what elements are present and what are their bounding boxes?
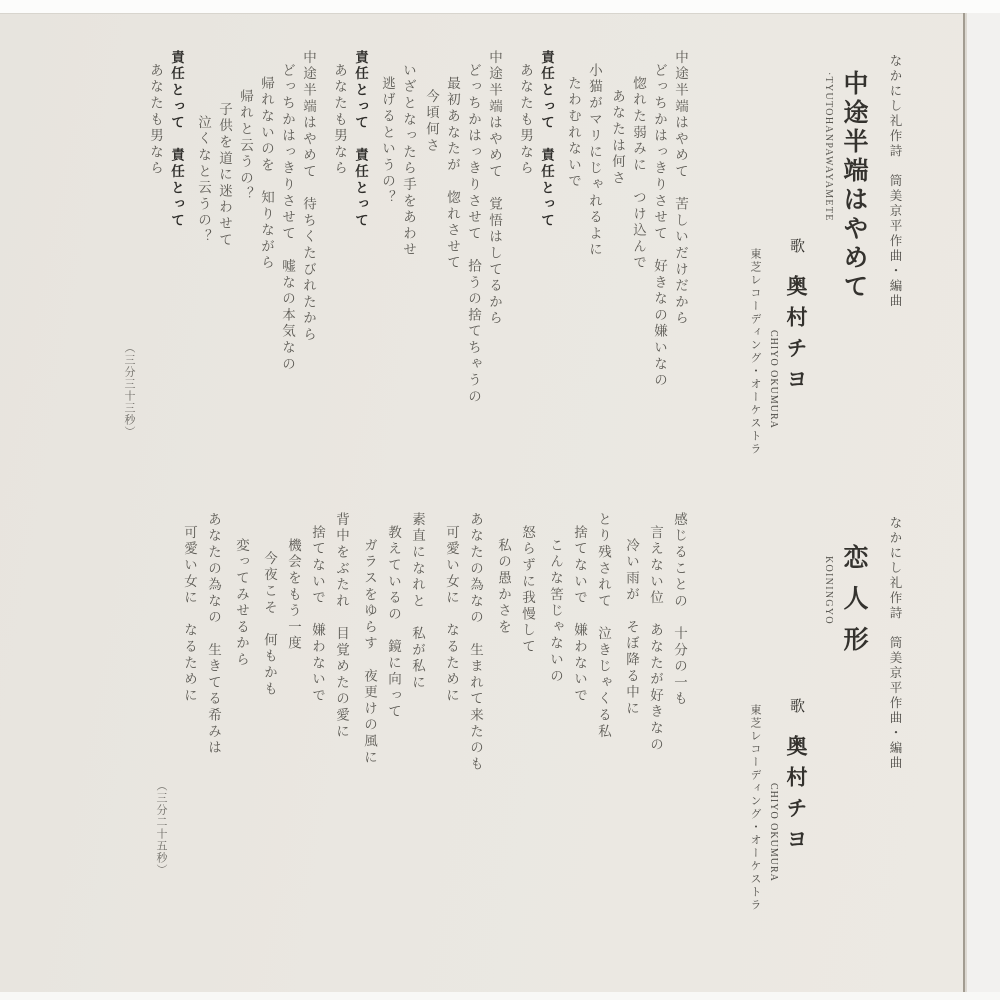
duration-note: （三分二十五秒） [153,780,169,977]
lyric-line: 逃げるというの？ [377,76,398,500]
lyric-line: こんな筈じゃないの [543,538,567,977]
song-title-romaji: ·TYUTOHANPAWAYAMETE [821,72,835,500]
song-section-1: なかにし礼作詩 筒美京平作曲・編曲 中途半端はやめて ·TYUTOHANPAWA… [121,50,903,500]
lyric-line: 素直になれと 私が私に [405,512,429,977]
lyric-line: 責任とって 責任とって [536,50,557,500]
singer-credit-group: 歌奥村チヨ CHIYO OKUMURA 東芝レコーディング・オーケストラ [747,50,811,500]
lyric-line: 今夜こそ 何もかも [257,551,281,977]
lyric-line: あなたの為なの 生きてる希みは [201,512,225,977]
lyric-line: 中途半端はやめて 待ちくたびれたから [298,50,319,500]
lyric-line: あなたも男なら [515,63,536,500]
lyric-line: あなたの為なの 生まれて来たのも [463,512,487,977]
lyric-line: 冷い雨が そぼ降る中に [619,538,643,977]
lyric-line: 機会をもう一度 [281,538,305,977]
lyric-line: あなたも男なら [145,63,166,500]
lyric-line: いざとなったら手をあわせ [398,63,419,500]
lyric-line: あなたは何さ [607,89,628,500]
lyric-line: 責任とって 責任とって [166,50,187,500]
lyric-sheet-page: なかにし礼作詩 筒美京平作曲・編曲 中途半端はやめて ·TYUTOHANPAWA… [0,0,1000,1000]
lyric-line: 捨てないで 嫌わないで [567,525,591,977]
lyric-line: 泣くなと云うの？ [193,115,214,500]
title-group: 中途半端はやめて ·TYUTOHANPAWAYAMETE [821,50,871,500]
singer-label: 歌 [788,238,804,259]
lyric-line: ガラスをゆらす 夜更けの風に [357,538,381,977]
lyric-line: 中途半端はやめて 苦しいだけだから [670,50,691,500]
lyrics: 感じることの 十分の一も言えない位 あなたが好きなの冷い雨が そぼ降る中にとり残… [177,512,691,977]
scan-bottom-margin [0,992,1000,1000]
lyric-line: どっちかはっきりさせて 嘘なの本気なの [277,63,298,500]
song-title-romaji: KOININGYO [821,556,835,977]
lyric-line: 背中をぶたれ 目覚めたの愛に [329,512,353,977]
lyric-line: 捨てないで 嫌わないで [305,525,329,977]
lyric-line: 可愛い女に なるために [439,525,463,977]
singer-label: 歌 [788,698,804,719]
singer-name: 奥村チヨ [784,275,808,399]
lyric-line: 帰れないのを 知りながら [256,76,277,500]
lyric-line: あなたも男なら [329,63,350,500]
lyric-line: どっちかはっきりさせて 拾うの捨てちゃうの [463,63,484,500]
orchestra-credit: 東芝レコーディング・オーケストラ [747,248,763,500]
lyric-line: 言えない位 あなたが好きなの [643,525,667,977]
lyric-line: 小猫がマリにじゃれるよに [584,63,605,500]
lyric-line: 変ってみせるから [229,538,253,977]
lyric-line: 最初あなたが 惚れさせて [442,76,463,500]
lyric-line: 帰れと云うの？ [235,89,256,500]
lyrics: 中途半端はやめて 苦しいだけだからどっちかはっきりさせて 好きなの嫌いなの惚れた… [145,50,691,500]
title-group: 恋人形 KOININGYO [821,512,871,977]
lyric-line: とり残されて 泣きじゃくる私 [591,512,615,977]
singer-credit-group: 歌奥村チヨ CHIYO OKUMURA 東芝レコーディング・オーケストラ [747,512,811,977]
sheet-edge-shadow [963,13,1000,992]
lyric-line: 怒らずに我慢して [515,525,539,977]
lyric-line: 子供を道に迷わせて [214,102,235,500]
lyric-line: 可愛い女に なるために [177,525,201,977]
lyric-line: 中途半端はやめて 覚悟はしてるから [484,50,505,500]
singer-name-romaji: CHIYO OKUMURA [766,330,781,500]
lyric-line: 惚れた弱みに つけ込んで [628,76,649,500]
lyric-line: 感じることの 十分の一も [667,512,691,977]
lyric-line: 責任とって 責任とって [350,50,371,500]
lyric-line: 私の愚かさを [491,538,515,977]
writer-composer-credits: なかにし礼作詩 筒美京平作曲・編曲 [886,516,903,977]
writer-composer-credits: なかにし礼作詩 筒美京平作曲・編曲 [886,54,903,500]
singer-name-romaji: CHIYO OKUMURA [766,783,781,977]
lyric-line: 今頃何さ [421,89,442,500]
singer-credit: 歌奥村チヨ [781,698,811,977]
song-section-2: なかにし礼作詩 筒美京平作曲・編曲 恋人形 KOININGYO 歌奥村チヨ CH… [153,512,903,977]
singer-credit: 歌奥村チヨ [781,238,811,500]
singer-name: 奥村チヨ [784,735,808,859]
lyric-line: 教えているの 鏡に向って [381,525,405,977]
orchestra-credit: 東芝レコーディング・オーケストラ [747,704,763,977]
song-title: 恋人形 [835,544,871,977]
song-title: 中途半端はやめて [835,70,871,500]
duration-note: （三分三十三秒） [121,342,137,500]
scan-top-margin [0,0,1000,13]
lyric-line: たわむれないで [563,76,584,500]
lyric-line: どっちかはっきりさせて 好きなの嫌いなの [649,63,670,500]
